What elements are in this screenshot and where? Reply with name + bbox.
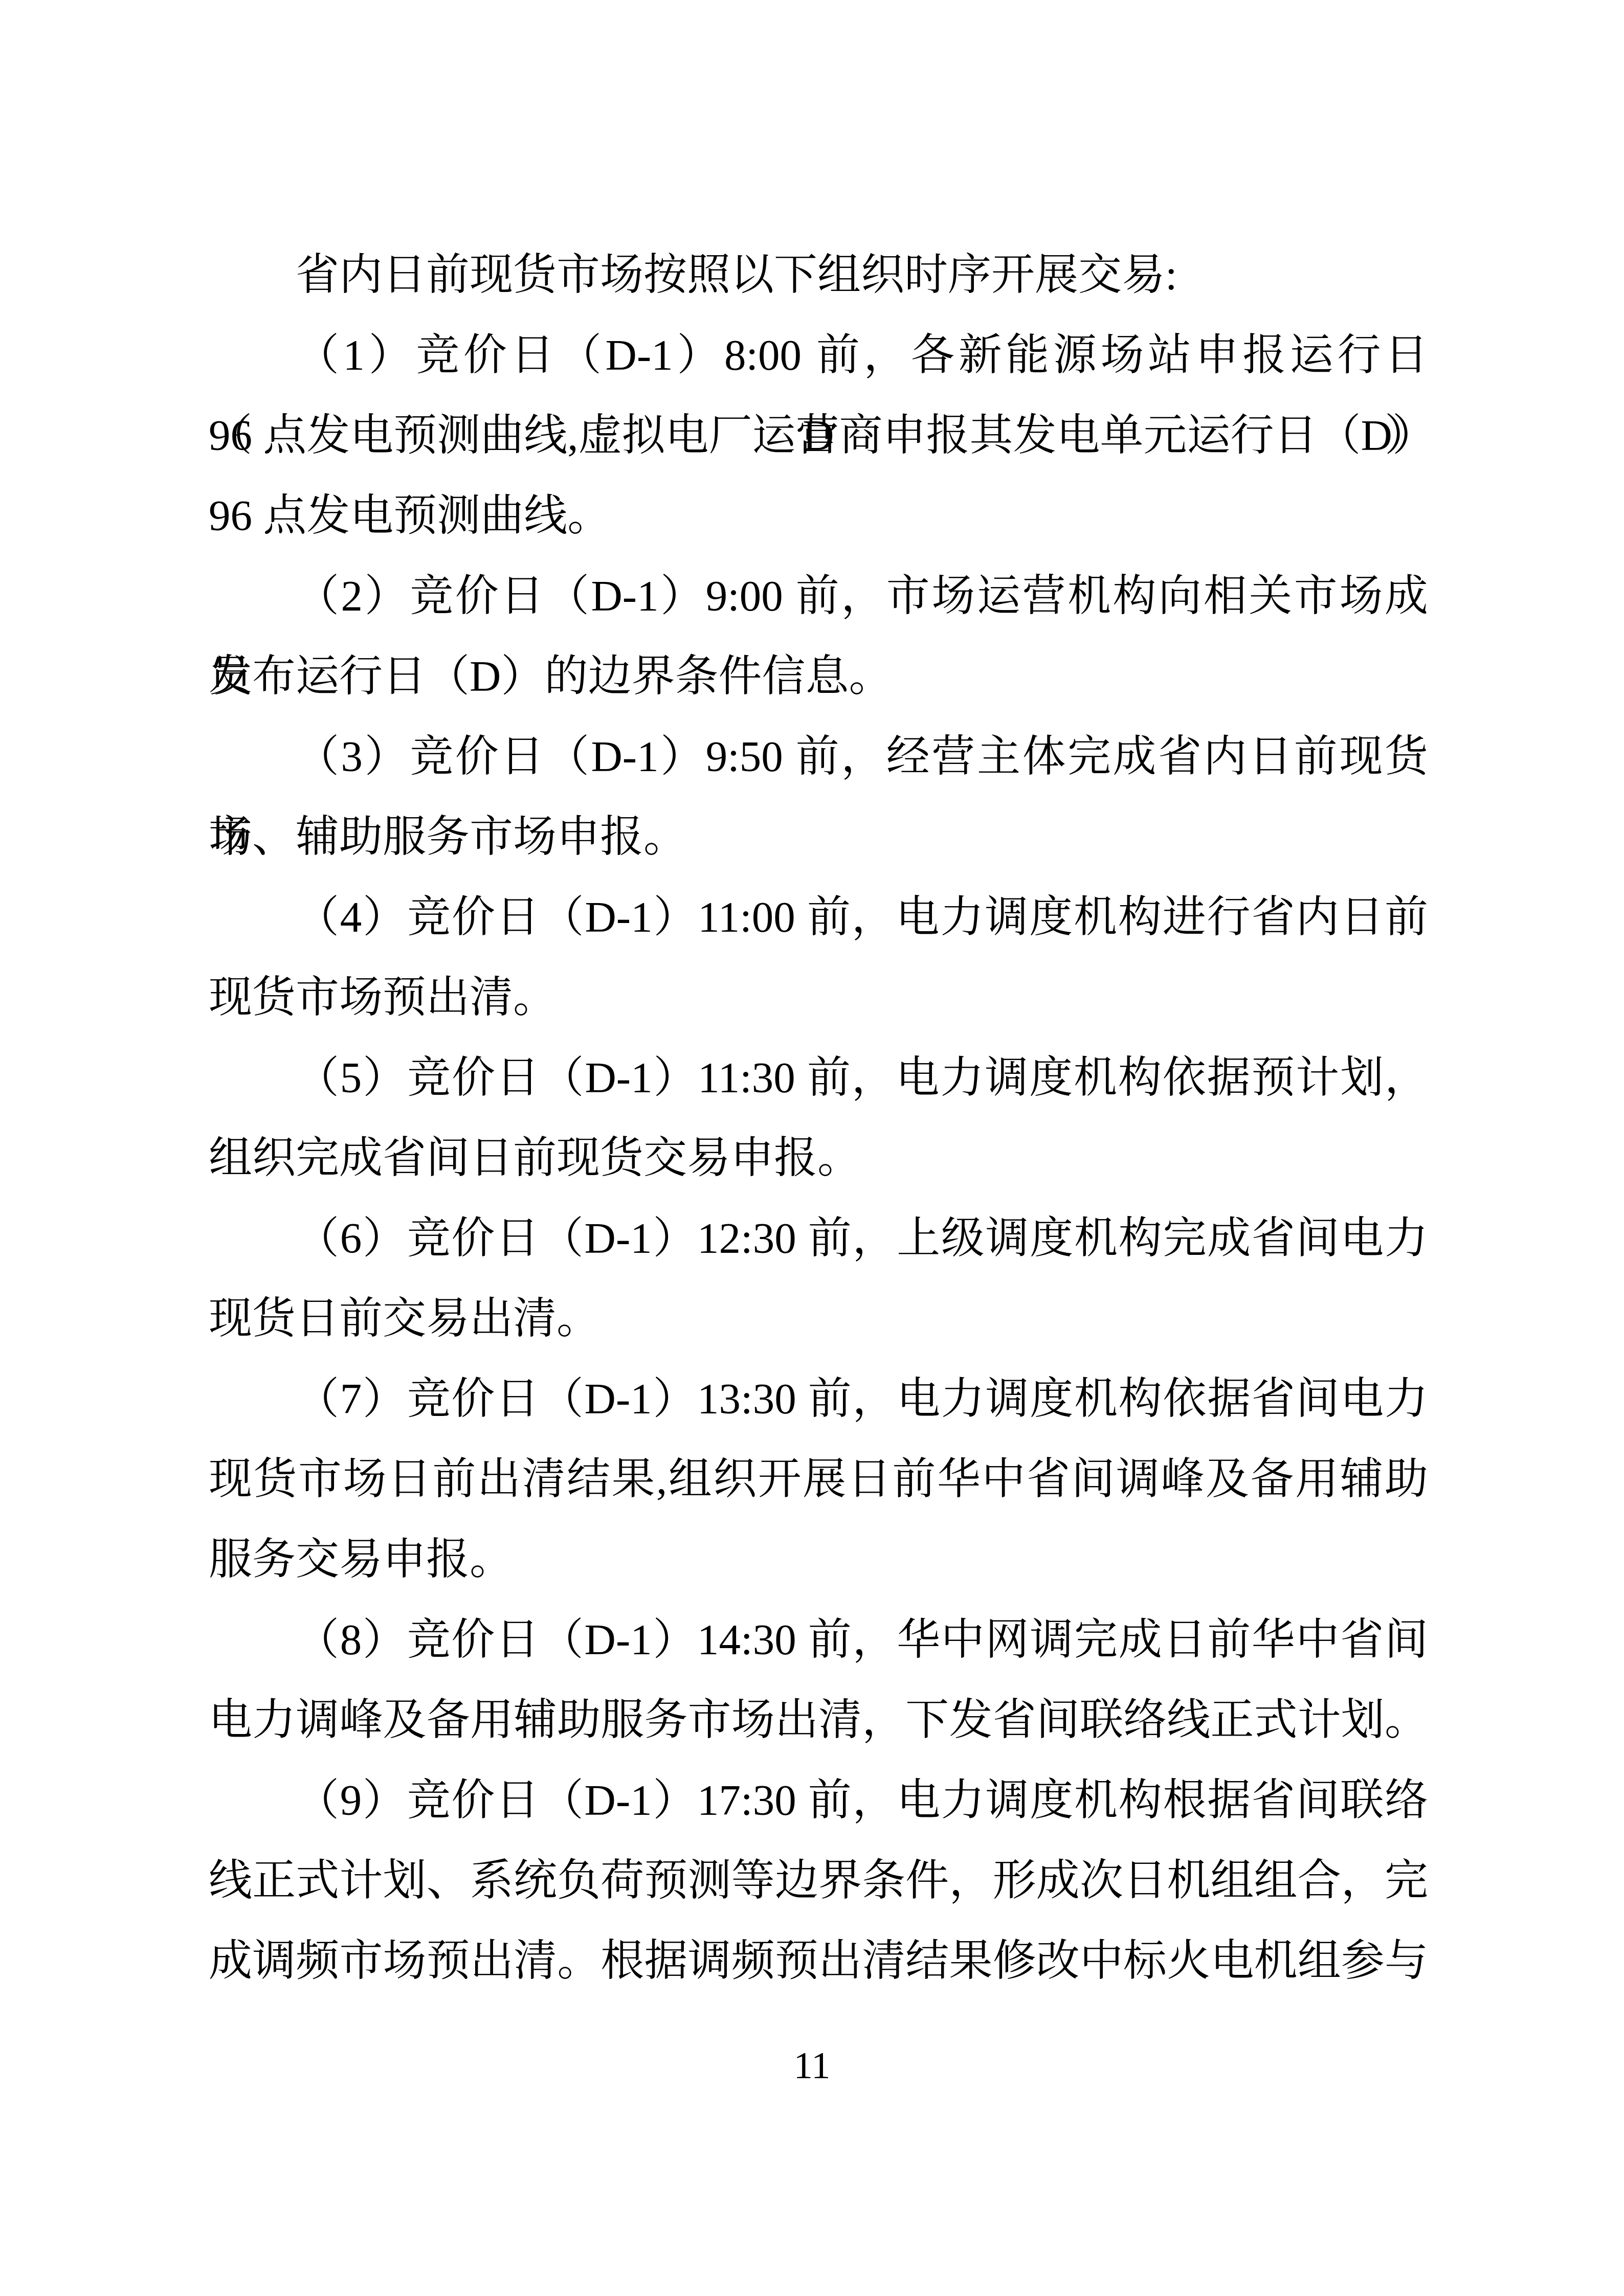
text-line: （4）竞价日（D-1）11:00 前，电力调度机构进行省内日前	[209, 877, 1428, 958]
text-line: 现货日前交易出清。	[209, 1279, 1428, 1359]
text-line: 服务交易申报。	[209, 1520, 1428, 1600]
text-line: 电力调峰及备用辅助服务市场出清，下发省间联络线正式计划。	[209, 1680, 1428, 1761]
text-line: （6）竞价日（D-1）12:30 前，上级调度机构完成省间电力	[209, 1199, 1428, 1279]
text-line: 省内日前现货市场按照以下组织时序开展交易:	[209, 235, 1428, 316]
text-block: 省内日前现货市场按照以下组织时序开展交易:（1）竞价日（D-1）8:00 前，各…	[209, 235, 1428, 2001]
text-line: （9）竞价日（D-1）17:30 前，电力调度机构根据省间联络	[209, 1761, 1428, 1841]
text-line: （7）竞价日（D-1）13:30 前，电力调度机构依据省间电力	[209, 1359, 1428, 1439]
page-number: 11	[793, 2035, 830, 2097]
text-line: （5）竞价日（D-1）11:30 前，电力调度机构依据预计划，	[209, 1038, 1428, 1118]
text-line: （1）竞价日（D-1）8:00 前，各新能源场站申报运行日（D）	[209, 316, 1428, 396]
text-line: 场、辅助服务市场申报。	[209, 797, 1428, 877]
text-line: 96 点发电预测曲线。	[209, 476, 1428, 556]
text-line: 组织完成省间日前现货交易申报。	[209, 1118, 1428, 1199]
text-line: （2）竞价日（D-1）9:00 前，市场运营机构向相关市场成员	[209, 556, 1428, 637]
text-line: 现货市场日前出清结果,组织开展日前华中省间调峰及备用辅助	[209, 1439, 1428, 1520]
document-page: 省内日前现货市场按照以下组织时序开展交易:（1）竞价日（D-1）8:00 前，各…	[0, 0, 1624, 2296]
text-line: 96 点发电预测曲线,虚拟电厂运营商申报其发电单元运行日（D）	[209, 396, 1428, 476]
text-line: （8）竞价日（D-1）14:30 前，华中网调完成日前华中省间	[209, 1600, 1428, 1680]
page-footer: 11	[0, 2035, 1624, 2097]
text-line: （3）竞价日（D-1）9:50 前，经营主体完成省内日前现货市	[209, 717, 1428, 797]
text-line: 发布运行日（D）的边界条件信息。	[209, 637, 1428, 717]
text-line: 现货市场预出清。	[209, 958, 1428, 1038]
text-line: 线正式计划、系统负荷预测等边界条件，形成次日机组组合，完	[209, 1841, 1428, 1921]
text-line: 成调频市场预出清。根据调频预出清结果修改中标火电机组参与	[209, 1921, 1428, 2001]
